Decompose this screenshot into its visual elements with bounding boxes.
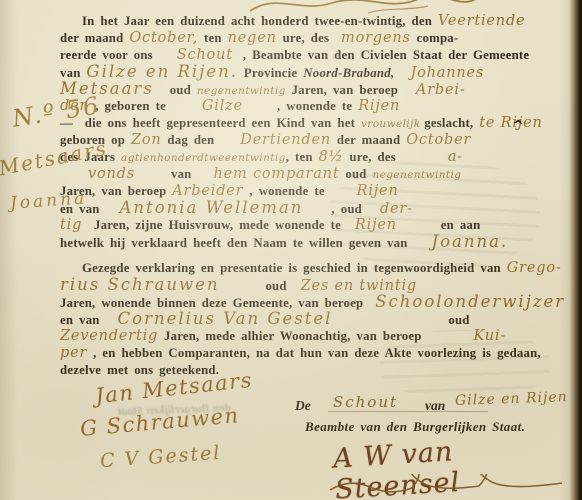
handwritten-text: der- xyxy=(380,201,413,217)
body-line: Jaren, van beroep Arbeider, wonende te R… xyxy=(60,182,576,199)
blank-space xyxy=(395,76,411,77)
blank-space xyxy=(331,194,357,195)
top-scrawl-handwriting xyxy=(248,0,478,15)
handwritten-text: Grego- xyxy=(507,260,562,276)
blank-space xyxy=(332,323,442,324)
closing-van-label: van xyxy=(425,398,445,414)
handwritten-text: Schout xyxy=(177,47,233,63)
printed-text: ure, des xyxy=(277,31,335,45)
printed-text: oud xyxy=(260,279,293,293)
handwritten-text: Zevendertig xyxy=(60,328,158,344)
handwritten-text: Cornelius Van Gestel xyxy=(118,309,333,328)
handwritten-text: negen xyxy=(228,30,277,46)
witness-signature-3: C V Gestel xyxy=(99,442,222,472)
handwritten-text: negenentwintig xyxy=(197,85,286,97)
blank-space xyxy=(413,246,431,247)
blank-space xyxy=(154,93,164,94)
body-line: des Jaars agtienhonderdtweeentwintig, te… xyxy=(60,148,576,165)
blank-space xyxy=(220,143,240,144)
blank-space xyxy=(243,109,277,110)
handwritten-text: a- xyxy=(448,149,463,165)
handwritten-text: morgens xyxy=(341,30,411,46)
printed-text: Gezegde verklaring en presentatie is ges… xyxy=(82,261,507,275)
body-line: dezelve met ons geteekend. xyxy=(60,361,576,378)
witness-signature-2: G Schrauwen xyxy=(79,403,240,441)
handwritten-text: Arbei- xyxy=(416,82,466,98)
body-line: vondsvanhem comparant oud negenentwintig xyxy=(60,165,576,182)
body-line: Gezegde verklaring en presentatie is ges… xyxy=(60,259,576,276)
official-title: Beambte van den Burgerlijken Staat. xyxy=(305,419,525,435)
handwritten-text: tig xyxy=(60,217,82,233)
printed-text: en van xyxy=(60,313,106,327)
blank-space xyxy=(303,212,331,213)
blank-space xyxy=(172,109,202,110)
printed-text: der maand xyxy=(60,31,129,45)
body-line: Metsaars oud negenentwintig Jaren, van b… xyxy=(60,80,576,97)
handwritten-text: Veertiende xyxy=(438,13,525,29)
body-line: per , en hebben Comparanten, na dat hun … xyxy=(60,344,576,361)
blank-space xyxy=(427,339,473,340)
body-line: der, geboren te Gilze, wonende te Rijen xyxy=(60,97,576,114)
handwritten-text: Johannes xyxy=(411,65,485,81)
handwritten-text: agtienhonderdtweeentwintig xyxy=(121,152,286,164)
body-line: der maand October, ten negen ure, des mo… xyxy=(60,29,576,46)
handwritten-text: Rijen xyxy=(358,98,400,114)
printed-text: en aan xyxy=(435,218,481,232)
body-line: reerde voor ons Schout, Beambte van den … xyxy=(60,46,576,63)
handwritten-text: Antonia Welleman xyxy=(120,198,304,217)
printed-text: — die ons heeft gepresenteerd een Kind v… xyxy=(60,116,361,130)
blank-rule-line xyxy=(328,411,488,412)
handwritten-text: October, xyxy=(129,30,198,46)
printed-text: Jaren, mede alhier Woonachtig, van beroe… xyxy=(158,329,427,343)
printed-text: , wonende te xyxy=(249,184,330,198)
body-text: In het Jaar een duizend acht honderd twe… xyxy=(60,12,576,378)
blank-space xyxy=(368,212,380,213)
handwritten-text: Arbeider xyxy=(172,183,243,199)
body-line: van Gilze en Rijen. Provincie Noord-Brab… xyxy=(60,63,576,80)
printed-text: geslacht, xyxy=(424,116,479,130)
handwritten-text: Dertienden xyxy=(240,132,331,148)
handwritten-text: Rijen xyxy=(355,217,397,233)
printed-text: , ten xyxy=(286,150,319,164)
printed-text: ure, des xyxy=(343,150,401,164)
printed-text: , en hebben Comparanten, na dat hun van … xyxy=(87,346,541,360)
signature-flourish xyxy=(326,474,576,498)
body-line: rius Schrauwen oud Zes en twintig xyxy=(60,276,576,293)
body-line: en van Antonia Welleman, oud der- xyxy=(60,199,576,216)
civil-birth-record-page: den Burgerlijken Staat N.º 56 Metsaars J… xyxy=(0,0,582,500)
handwritten-text: vonds xyxy=(88,166,135,182)
printed-text: Jaren, van beroep xyxy=(286,83,404,97)
body-line: Jaren, wonende binnen deze Gemeente, van… xyxy=(60,293,576,310)
blank-space xyxy=(135,177,171,178)
printed-text: oud xyxy=(164,83,197,97)
handwritten-text: October xyxy=(406,132,471,148)
printed-text: oud xyxy=(442,313,469,327)
printed-text: Jaren, zijne Huisvrouw, mede wonende te xyxy=(88,218,347,232)
printed-text: ten xyxy=(198,31,227,45)
handwritten-text: per xyxy=(60,345,87,361)
body-line: geboren op Zon dag den Dertienden der ma… xyxy=(60,131,576,148)
body-line: — die ons heeft gepresenteerd een Kind v… xyxy=(60,114,576,131)
closing-de-label: De xyxy=(295,398,311,414)
handwritten-text: Zon xyxy=(131,132,162,148)
printed-text: In het Jaar een duizend acht honderd twe… xyxy=(82,14,438,28)
printed-text: Provincie xyxy=(238,66,303,80)
printed-text: Noord-Braband, xyxy=(303,66,394,80)
printed-text: hetwelk hij verklaard heeft den Naam te … xyxy=(60,236,413,250)
printed-text: , Beambte van den Civielen Staat der Gem… xyxy=(243,48,529,62)
handwritten-text: Schoolonderwijzer xyxy=(375,292,565,311)
blank-space xyxy=(404,93,416,94)
blank-space xyxy=(233,58,243,59)
closing-place-handwritten: Gilze en Rijen xyxy=(455,389,568,409)
handwritten-text: vrouwelijk xyxy=(361,118,424,130)
printed-text: van xyxy=(171,167,192,181)
handwritten-text: Gilze xyxy=(202,98,243,114)
printed-text: , wonende te xyxy=(277,99,358,113)
printed-text: reerde voor ons xyxy=(60,48,159,62)
handwritten-text: negenentwintig xyxy=(372,169,461,181)
handwritten-text: rius Schrauwen xyxy=(60,275,220,294)
printed-text: , geboren te xyxy=(95,99,172,113)
printed-text: dag den xyxy=(162,133,221,147)
handwritten-text: Kui- xyxy=(473,328,506,344)
body-line: en van Cornelius Van Gestel oud xyxy=(60,310,576,327)
body-line: Zevendertig Jaren, mede alhier Woonachti… xyxy=(60,327,576,344)
printed-text: compa- xyxy=(411,31,459,45)
handwritten-text: Rijen xyxy=(357,183,399,199)
blank-space xyxy=(106,212,120,213)
blank-space xyxy=(106,323,118,324)
printed-text: oud xyxy=(339,167,372,181)
printed-text: , oud xyxy=(331,202,367,216)
closing-office-handwritten: Schout xyxy=(333,393,398,411)
blank-space xyxy=(192,177,214,178)
handwritten-text: hem comparant xyxy=(214,166,340,182)
blank-space xyxy=(220,289,260,290)
body-line: hetwelk hij verklaard heeft den Naam te … xyxy=(60,233,576,250)
blank-space xyxy=(397,228,435,229)
page-edge xyxy=(569,0,582,500)
handwritten-text: Joanna. xyxy=(431,232,508,251)
body-line: tig Jaren, zijne Huisvrouw, mede wonende… xyxy=(60,216,576,233)
printed-text: Jaren, wonende binnen deze Gemeente, van… xyxy=(60,296,369,310)
printed-text: van xyxy=(60,66,86,80)
handwritten-text: 8½ xyxy=(319,149,344,165)
blank-space xyxy=(347,228,355,229)
insertion-caret-mark: ^ xyxy=(511,117,524,134)
blank-space xyxy=(159,58,177,59)
blank-space xyxy=(293,289,301,290)
printed-text: der maand xyxy=(331,133,406,147)
blank-space xyxy=(402,160,448,161)
